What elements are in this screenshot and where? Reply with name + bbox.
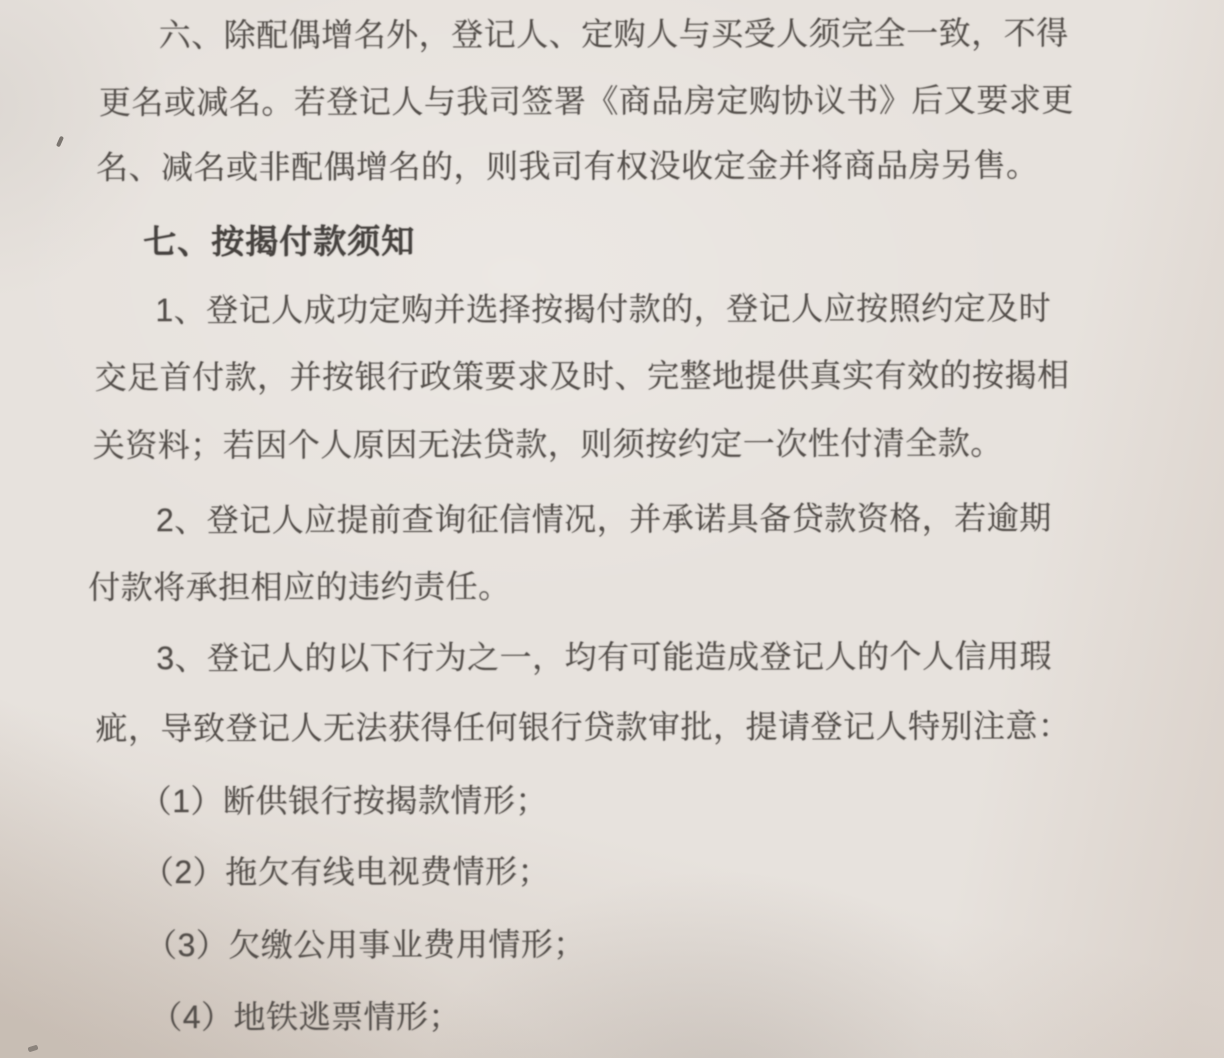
document-line: 疵，导致登记人无法获得任何银行贷款审批，提请登记人特别注意： (95, 706, 1070, 749)
document-line: （1）断供银行按揭款情形； (140, 780, 548, 821)
document-line: 交足首付款，并按银行政策要求及时、完整地提供真实有效的按揭相 (95, 355, 1070, 398)
document-line: 付款将承担相应的违约责任。 (88, 566, 511, 607)
document-line: 名、减名或非配偶增名的，则我司有权没收定金并将商品房另售。 (96, 145, 1039, 187)
document-line: 七、按揭付款须知 (143, 222, 415, 263)
document-line: 1、登记人成功定购并选择按揭付款的，登记人应按照约定及时 (155, 288, 1051, 330)
document-photo: 六、除配偶增名外，登记人、定购人与买受人须完全一致，不得更名或减名。若登记人与我… (0, 0, 1224, 1058)
document-line: 六、除配偶增名外，登记人、定购人与买受人须完全一致，不得 (159, 13, 1069, 55)
document-line: （2）拖欠有线电视费情形； (142, 851, 550, 892)
document-line: 3、登记人的以下行为之一，均有可能造成登记人的个人信用瑕 (156, 636, 1052, 678)
document-line: 关资料；若因个人原因无法贷款，则须按约定一次性付清全款。 (93, 423, 1003, 465)
document-text-block: 六、除配偶增名外，登记人、定购人与买受人须完全一致，不得更名或减名。若登记人与我… (0, 0, 1224, 1058)
document-line: 2、登记人应提前查询征信情况，并承诺具备贷款资格，若逾期 (156, 498, 1052, 540)
document-line: 更名或减名。若登记人与我司签署《商品房定购协议书》后又要求更 (99, 80, 1074, 123)
document-line: （4）地铁逃票情形； (150, 996, 461, 1037)
document-line: （3）欠缴公用事业费用情形； (145, 924, 586, 965)
